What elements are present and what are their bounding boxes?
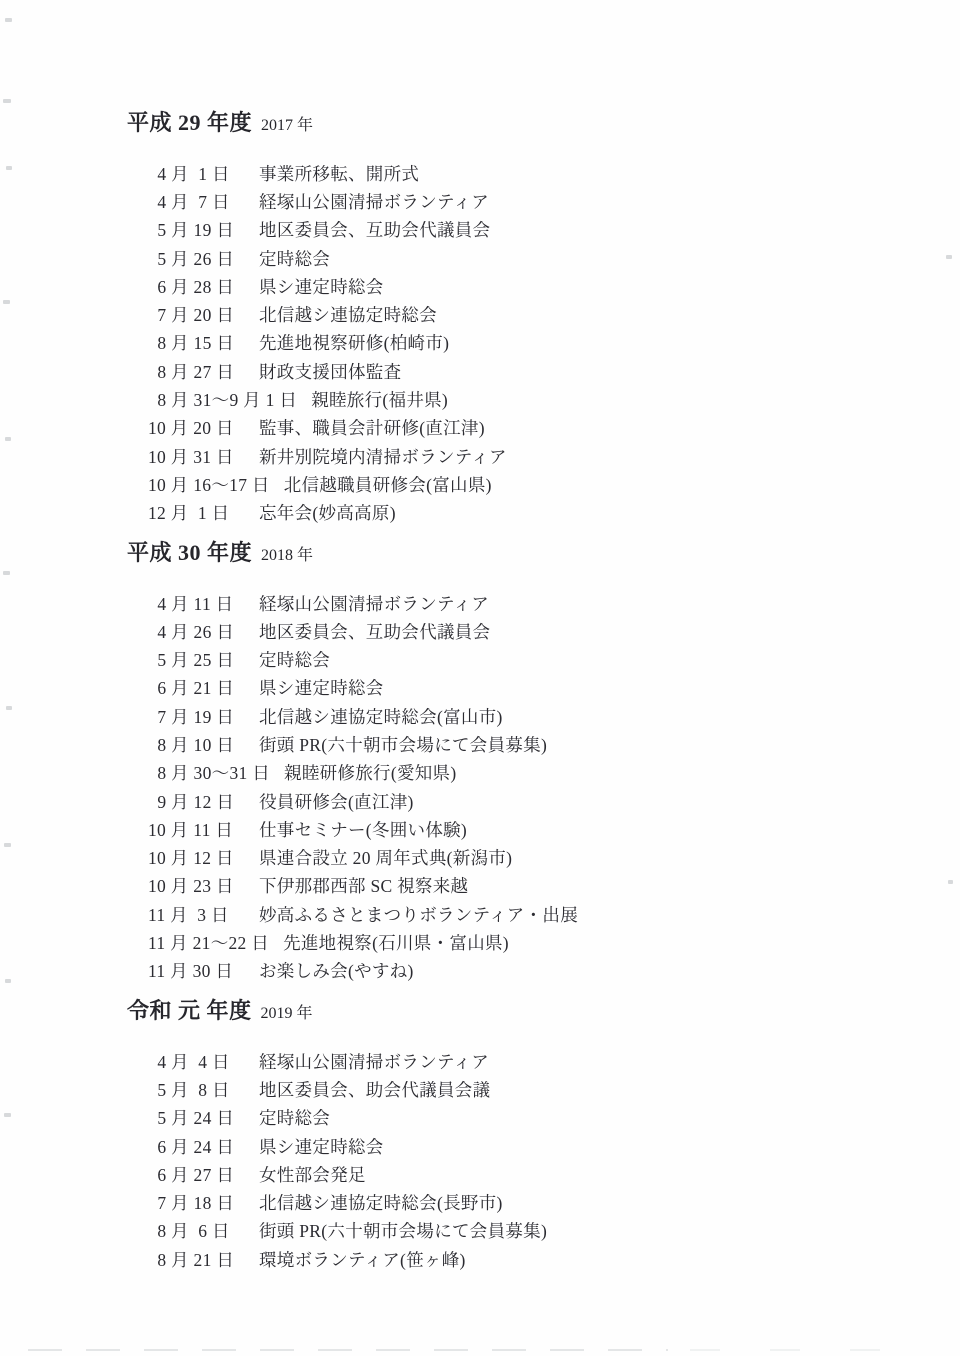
western-year: 2018 年 [261, 547, 313, 564]
event-date: 6 月 24 日 [148, 1134, 245, 1159]
event-description: 北信越シ連協定時総会 [245, 302, 437, 327]
section-heisei-30: 平成 30 年度2018 年 4 月 11 日経塚山公園清掃ボランティア 4 月… [127, 539, 920, 985]
event-row: 5 月 24 日定時総会 [127, 1104, 920, 1132]
event-date: 8 月 30〜31 日 [148, 760, 270, 785]
scan-speck [5, 437, 11, 441]
era-title: 令和 元 年度 [127, 998, 252, 1023]
event-description: 県シ連定時総会 [245, 274, 384, 299]
event-row: 11 月 30 日お楽しみ会(やすね) [127, 957, 920, 985]
event-row: 4 月 1 日事業所移転、開所式 [127, 159, 920, 187]
event-date: 4 月 11 日 [148, 591, 245, 616]
event-row: 9 月 12 日役員研修会(直江津) [127, 787, 920, 815]
scan-speck [6, 166, 12, 170]
event-description: 地区委員会、互助会代議員会 [245, 217, 490, 242]
event-date: 10 月 23 日 [148, 873, 245, 898]
event-row: 10 月 12 日県連合設立 20 周年式典(新潟市) [127, 844, 920, 872]
event-description: 事業所移転、開所式 [245, 161, 419, 186]
event-list: 4 月 1 日事業所移転、開所式 4 月 7 日経塚山公園清掃ボランティア 5 … [127, 159, 920, 527]
event-date: 10 月 11 日 [148, 817, 245, 842]
event-description: 定時総会 [245, 246, 330, 271]
scan-speck [3, 99, 11, 103]
event-row: 6 月 27 日女性部会発足 [127, 1160, 920, 1188]
event-description: 下伊那郡西部 SC 視察来越 [245, 873, 468, 898]
event-description: 妙高ふるさとまつりボランティア・出展 [245, 902, 578, 927]
event-description: 親睦研修旅行(愛知県) [270, 760, 456, 785]
event-row: 6 月 24 日県シ連定時総会 [127, 1132, 920, 1160]
event-date: 6 月 21 日 [148, 675, 245, 700]
scan-bottom-line-faint [690, 1349, 930, 1351]
section-heisei-29: 平成 29 年度2017 年 4 月 1 日事業所移転、開所式 4 月 7 日経… [127, 109, 920, 527]
event-date: 4 月 4 日 [148, 1049, 245, 1074]
event-description: お楽しみ会(やすね) [245, 958, 414, 983]
event-date: 4 月 26 日 [148, 619, 245, 644]
event-description: 県シ連定時総会 [245, 675, 384, 700]
event-date: 5 月 25 日 [148, 647, 245, 672]
event-row: 5 月 19 日地区委員会、互助会代議員会 [127, 216, 920, 244]
event-description: 財政支援団体監査 [245, 359, 401, 384]
event-description: 環境ボランティア(笹ヶ峰) [245, 1247, 466, 1272]
event-list: 4 月 11 日経塚山公園清掃ボランティア 4 月 26 日地区委員会、互助会代… [127, 589, 920, 985]
event-date: 4 月 1 日 [148, 161, 245, 186]
event-row: 8 月 21 日環境ボランティア(笹ヶ峰) [127, 1245, 920, 1273]
event-date: 6 月 27 日 [148, 1162, 245, 1187]
event-description: 街頭 PR(六十朝市会場にて会員募集) [245, 732, 547, 757]
event-description: 街頭 PR(六十朝市会場にて会員募集) [245, 1218, 547, 1243]
event-row: 4 月 4 日経塚山公園清掃ボランティア [127, 1047, 920, 1075]
event-date: 9 月 12 日 [148, 789, 245, 814]
event-description: 県シ連定時総会 [245, 1134, 384, 1159]
event-row: 4 月 7 日経塚山公園清掃ボランティア [127, 187, 920, 215]
event-description: 地区委員会、助会代議員会議 [245, 1077, 490, 1102]
event-date: 5 月 24 日 [148, 1105, 245, 1130]
scan-bottom-line [28, 1349, 668, 1351]
event-date: 7 月 18 日 [148, 1190, 245, 1215]
event-description: 県連合設立 20 周年式典(新潟市) [245, 845, 512, 870]
event-row: 8 月 31〜9 月 1 日親睦旅行(福井県) [127, 385, 920, 413]
event-row: 5 月 8 日地区委員会、助会代議員会議 [127, 1075, 920, 1103]
event-row: 8 月 15 日先進地視察研修(柏崎市) [127, 329, 920, 357]
event-description: 役員研修会(直江津) [245, 789, 414, 814]
event-date: 7 月 19 日 [148, 704, 245, 729]
event-row: 10 月 23 日下伊那郡西部 SC 視察来越 [127, 872, 920, 900]
event-date: 11 月 3 日 [148, 902, 245, 927]
western-year: 2019 年 [261, 1005, 313, 1022]
event-description: 地区委員会、互助会代議員会 [245, 619, 490, 644]
event-row: 6 月 21 日県シ連定時総会 [127, 674, 920, 702]
event-date: 11 月 30 日 [148, 958, 245, 983]
event-row: 4 月 26 日地区委員会、互助会代議員会 [127, 617, 920, 645]
event-description: 経塚山公園清掃ボランティア [245, 591, 489, 616]
event-row: 8 月 27 日財政支援団体監査 [127, 357, 920, 385]
scan-speck [4, 1113, 11, 1117]
event-date: 10 月 12 日 [148, 845, 245, 870]
scan-speck [948, 880, 953, 884]
scan-speck [3, 300, 10, 304]
scan-speck [5, 979, 11, 983]
era-title: 平成 29 年度 [127, 110, 252, 135]
event-description: 北信越シ連協定時総会(富山市) [245, 704, 503, 729]
event-description: 北信越シ連協定時総会(長野市) [245, 1190, 503, 1215]
event-row: 8 月 30〜31 日親睦研修旅行(愛知県) [127, 759, 920, 787]
event-description: 経塚山公園清掃ボランティア [245, 1049, 489, 1074]
section-heading: 令和 元 年度2019 年 [127, 997, 920, 1027]
event-date: 10 月 20 日 [148, 415, 245, 440]
event-description: 仕事セミナー(冬囲い体験) [245, 817, 467, 842]
event-date: 11 月 21〜22 日 [148, 930, 269, 955]
event-list: 4 月 4 日経塚山公園清掃ボランティア 5 月 8 日地区委員会、助会代議員会… [127, 1047, 920, 1273]
scan-speck [5, 18, 12, 22]
event-description: 定時総会 [245, 1105, 330, 1130]
event-row: 5 月 25 日定時総会 [127, 645, 920, 673]
western-year: 2017 年 [261, 117, 313, 134]
section-reiwa-1: 令和 元 年度2019 年 4 月 4 日経塚山公園清掃ボランティア 5 月 8… [127, 997, 920, 1273]
event-row: 11 月 3 日妙高ふるさとまつりボランティア・出展 [127, 900, 920, 928]
scan-speck [3, 571, 10, 575]
event-date: 6 月 28 日 [148, 274, 245, 299]
event-row: 10 月 20 日監事、職員会計研修(直江津) [127, 414, 920, 442]
event-date: 8 月 21 日 [148, 1247, 245, 1272]
event-row: 10 月 31 日新井別院境内清掃ボランティア [127, 442, 920, 470]
event-row: 4 月 11 日経塚山公園清掃ボランティア [127, 589, 920, 617]
event-date: 8 月 31〜9 月 1 日 [148, 387, 297, 412]
event-description: 経塚山公園清掃ボランティア [245, 189, 489, 214]
event-date: 5 月 19 日 [148, 217, 245, 242]
event-date: 5 月 8 日 [148, 1077, 245, 1102]
event-row: 7 月 20 日北信越シ連協定時総会 [127, 300, 920, 328]
event-description: 定時総会 [245, 647, 330, 672]
event-row: 10 月 11 日仕事セミナー(冬囲い体験) [127, 815, 920, 843]
event-date: 8 月 27 日 [148, 359, 245, 384]
event-row: 11 月 21〜22 日先進地視察(石川県・富山県) [127, 928, 920, 956]
event-row: 5 月 26 日定時総会 [127, 244, 920, 272]
event-date: 5 月 26 日 [148, 246, 245, 271]
scan-speck [6, 706, 12, 710]
section-heading: 平成 29 年度2017 年 [127, 109, 920, 139]
event-description: 先進地視察研修(柏崎市) [245, 330, 449, 355]
event-description: 新井別院境内清掃ボランティア [245, 444, 507, 469]
event-description: 親睦旅行(福井県) [297, 387, 448, 412]
event-date: 8 月 6 日 [148, 1218, 245, 1243]
event-description: 監事、職員会計研修(直江津) [245, 415, 485, 440]
document-page: 平成 29 年度2017 年 4 月 1 日事業所移転、開所式 4 月 7 日経… [0, 0, 960, 1356]
event-row: 10 月 16〜17 日北信越職員研修会(富山県) [127, 470, 920, 498]
event-date: 10 月 16〜17 日 [148, 472, 270, 497]
event-row: 8 月 6 日街頭 PR(六十朝市会場にて会員募集) [127, 1217, 920, 1245]
event-date: 10 月 31 日 [148, 444, 245, 469]
section-heading: 平成 30 年度2018 年 [127, 539, 920, 569]
era-title: 平成 30 年度 [127, 540, 252, 565]
event-row: 7 月 19 日北信越シ連協定時総会(富山市) [127, 702, 920, 730]
event-row: 12 月 1 日忘年会(妙高高原) [127, 499, 920, 527]
event-description: 女性部会発足 [245, 1162, 366, 1187]
event-date: 4 月 7 日 [148, 189, 245, 214]
event-row: 6 月 28 日県シ連定時総会 [127, 272, 920, 300]
event-row: 8 月 10 日街頭 PR(六十朝市会場にて会員募集) [127, 730, 920, 758]
scan-speck [4, 843, 11, 847]
event-date: 12 月 1 日 [148, 500, 245, 525]
event-description: 忘年会(妙高高原) [245, 500, 396, 525]
event-date: 8 月 15 日 [148, 330, 245, 355]
event-description: 先進地視察(石川県・富山県) [269, 930, 509, 955]
scan-speck [946, 255, 952, 259]
event-date: 8 月 10 日 [148, 732, 245, 757]
event-row: 7 月 18 日北信越シ連協定時総会(長野市) [127, 1189, 920, 1217]
event-description: 北信越職員研修会(富山県) [270, 472, 492, 497]
event-date: 7 月 20 日 [148, 302, 245, 327]
